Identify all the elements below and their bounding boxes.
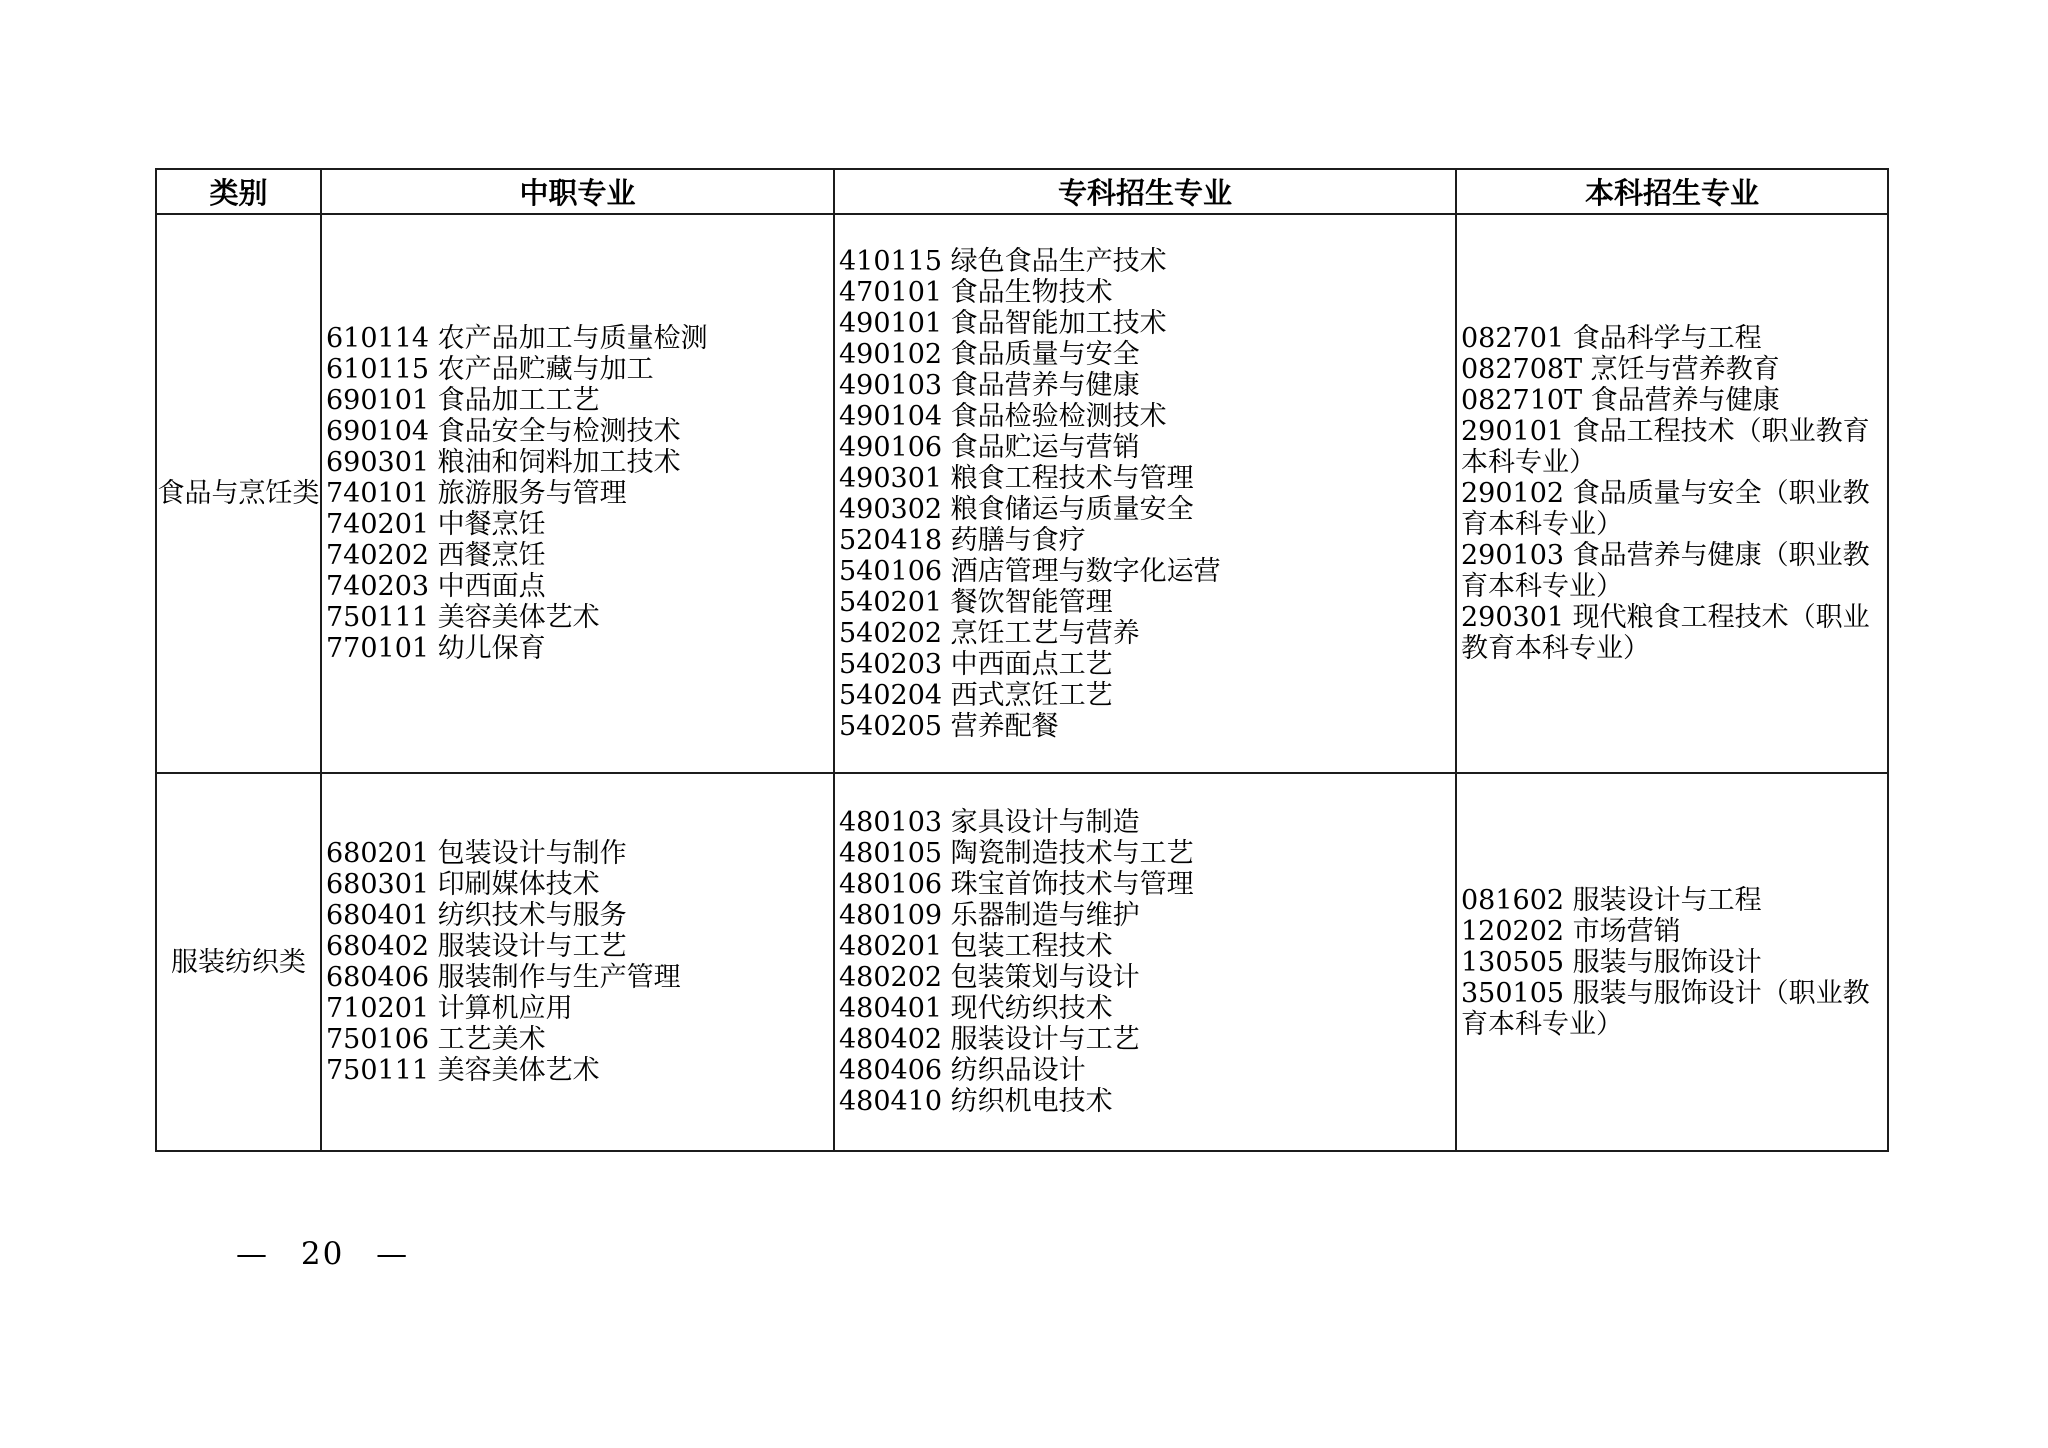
header-undergraduate: 本科招生专业 bbox=[1456, 169, 1888, 214]
junior-college-majors-cell: 410115 绿色食品生产技术 470101 食品生物技术 490101 食品智… bbox=[834, 214, 1456, 773]
table-row-food-cooking: 食品与烹饪类 610114 农产品加工与质量检测 610115 农产品贮藏与加工… bbox=[156, 214, 1888, 773]
secondary-vocational-majors-cell: 610114 农产品加工与质量检测 610115 农产品贮藏与加工 690101… bbox=[321, 214, 834, 773]
category-cell: 食品与烹饪类 bbox=[156, 214, 321, 773]
table-row-clothing-textile: 服装纺织类 680201 包装设计与制作 680301 印刷媒体技术 68040… bbox=[156, 773, 1888, 1151]
header-secondary-vocational: 中职专业 bbox=[321, 169, 834, 214]
junior-college-majors-cell: 480103 家具设计与制造 480105 陶瓷制造技术与工艺 480106 珠… bbox=[834, 773, 1456, 1151]
header-junior-college: 专科招生专业 bbox=[834, 169, 1456, 214]
junior-college-majors-list: 480103 家具设计与制造 480105 陶瓷制造技术与工艺 480106 珠… bbox=[839, 807, 1449, 1117]
undergraduate-majors-cell: 082701 食品科学与工程 082708T 烹饪与营养教育 082710T 食… bbox=[1456, 214, 1888, 773]
undergraduate-majors-cell: 081602 服装设计与工程 120202 市场营销 130505 服装与服饰设… bbox=[1456, 773, 1888, 1151]
header-category: 类别 bbox=[156, 169, 321, 214]
secondary-vocational-majors-cell: 680201 包装设计与制作 680301 印刷媒体技术 680401 纺织技术… bbox=[321, 773, 834, 1151]
junior-college-majors-list: 410115 绿色食品生产技术 470101 食品生物技术 490101 食品智… bbox=[839, 246, 1449, 742]
undergraduate-majors-list: 082701 食品科学与工程 082708T 烹饪与营养教育 082710T 食… bbox=[1461, 323, 1881, 664]
undergraduate-majors-list: 081602 服装设计与工程 120202 市场营销 130505 服装与服饰设… bbox=[1461, 885, 1881, 1040]
document-page: 类别 中职专业 专科招生专业 本科招生专业 食品与烹饪类 610114 农产品加… bbox=[0, 0, 2048, 1448]
page-number: — 20 — bbox=[236, 1236, 409, 1272]
secondary-vocational-majors-list: 610114 农产品加工与质量检测 610115 农产品贮藏与加工 690101… bbox=[326, 323, 827, 664]
category-cell: 服装纺织类 bbox=[156, 773, 321, 1151]
secondary-vocational-majors-list: 680201 包装设计与制作 680301 印刷媒体技术 680401 纺织技术… bbox=[326, 838, 827, 1086]
table-header-row: 类别 中职专业 专科招生专业 本科招生专业 bbox=[156, 169, 1888, 214]
majors-table: 类别 中职专业 专科招生专业 本科招生专业 食品与烹饪类 610114 农产品加… bbox=[155, 168, 1889, 1152]
